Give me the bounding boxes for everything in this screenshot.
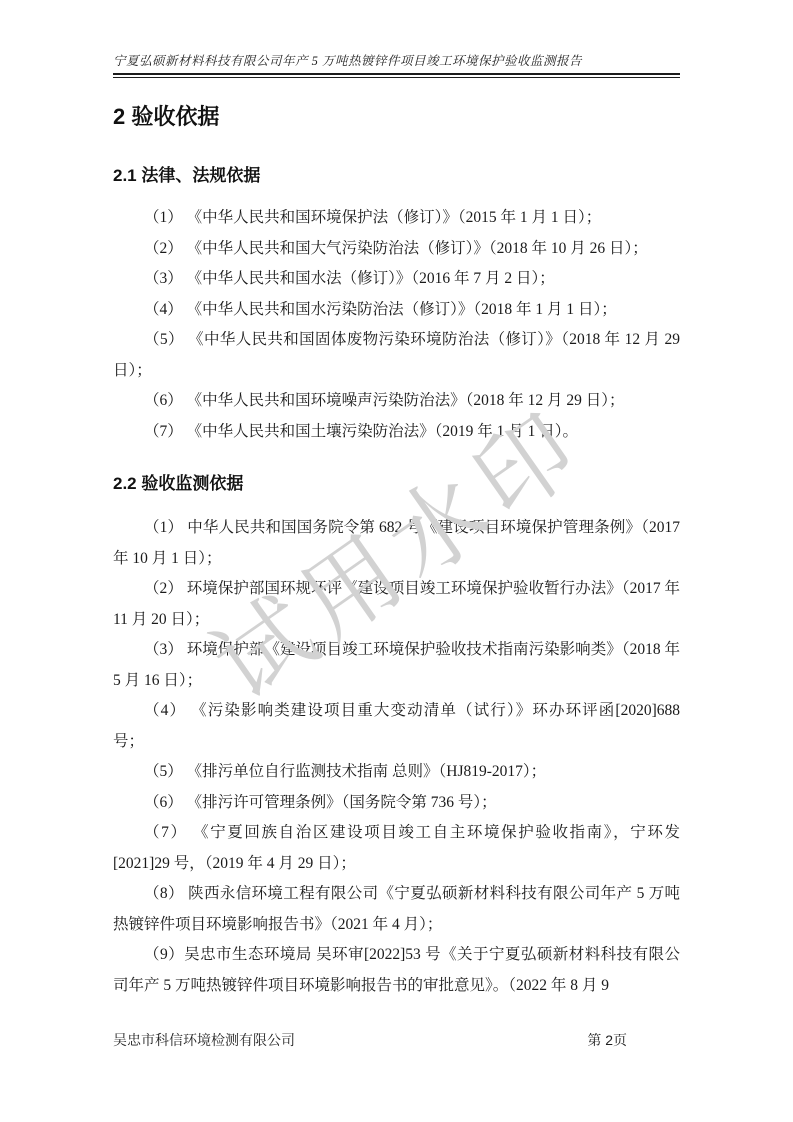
monitoring-item: （1） 中华人民共和国国务院令第 682 号《建设项目环境保护管理条例》（201…	[113, 513, 680, 574]
document-content: 2 验收依据 2.1 法律、法规依据 （1） 《中华人民共和国环境保护法（修订）…	[113, 0, 680, 1001]
legal-item: （4） 《中华人民共和国水污染防治法（修订）》（2018 年 1 月 1 日）；	[113, 295, 680, 326]
footer-company: 吴忠市科信环境检测有限公司	[113, 1031, 295, 1050]
section-heading-monitoring: 2.2 验收监测依据	[113, 473, 680, 495]
legal-basis-list: （1） 《中华人民共和国环境保护法（修订）》（2015 年 1 月 1 日）； …	[113, 203, 680, 447]
monitoring-item: （5） 《排污单位自行监测技术指南 总则》（HJ819-2017）；	[113, 757, 680, 788]
monitoring-item: （6） 《排污许可管理条例》（国务院令第 736 号）；	[113, 788, 680, 819]
monitoring-item: （9）吴忠市生态环境局 吴环审[2022]53 号《关于宁夏弘硕新材料科技有限公…	[113, 940, 680, 1001]
chapter-heading: 2 验收依据	[113, 103, 680, 131]
legal-item: （3） 《中华人民共和国水法（修订）》（2016 年 7 月 2 日）；	[113, 264, 680, 295]
monitoring-item: （7） 《宁夏回族自治区建设项目竣工自主环境保护验收指南》，宁环发[2021]2…	[113, 818, 680, 879]
footer-page-number: 第 2页	[587, 1031, 627, 1050]
legal-item: （5） 《中华人民共和国固体废物污染环境防治法（修订）》（2018 年 12 月…	[113, 325, 680, 386]
monitoring-item: （4） 《污染影响类建设项目重大变动清单（试行）》环办环评函[2020]688 …	[113, 696, 680, 757]
legal-item: （7） 《中华人民共和国土壤污染防治法》（2019 年 1 月 1 日）。	[113, 417, 680, 448]
monitoring-item: （3） 环境保护部《建设项目竣工环境保护验收技术指南污染影响类》（2018 年 …	[113, 635, 680, 696]
document-page: 宁夏弘硕新材料科技有限公司年产 5 万吨热镀锌件项目竣工环境保护验收监测报告 2…	[0, 0, 793, 1122]
monitoring-basis-list: （1） 中华人民共和国国务院令第 682 号《建设项目环境保护管理条例》（201…	[113, 513, 680, 1001]
legal-item: （2） 《中华人民共和国大气污染防治法（修订）》（2018 年 10 月 26 …	[113, 234, 680, 265]
monitoring-item: （2） 环境保护部国环规环评《建设项目竣工环境保护验收暂行办法》（2017 年 …	[113, 574, 680, 635]
section-heading-law: 2.1 法律、法规依据	[113, 165, 680, 187]
legal-item: （1） 《中华人民共和国环境保护法（修订）》（2015 年 1 月 1 日）；	[113, 203, 680, 234]
monitoring-item: （8） 陕西永信环境工程有限公司《宁夏弘硕新材料科技有限公司年产 5 万吨热镀锌…	[113, 879, 680, 940]
page-footer: 吴忠市科信环境检测有限公司 第 2页	[113, 1031, 680, 1050]
legal-item: （6） 《中华人民共和国环境噪声污染防治法》（2018 年 12 月 29 日）…	[113, 386, 680, 417]
